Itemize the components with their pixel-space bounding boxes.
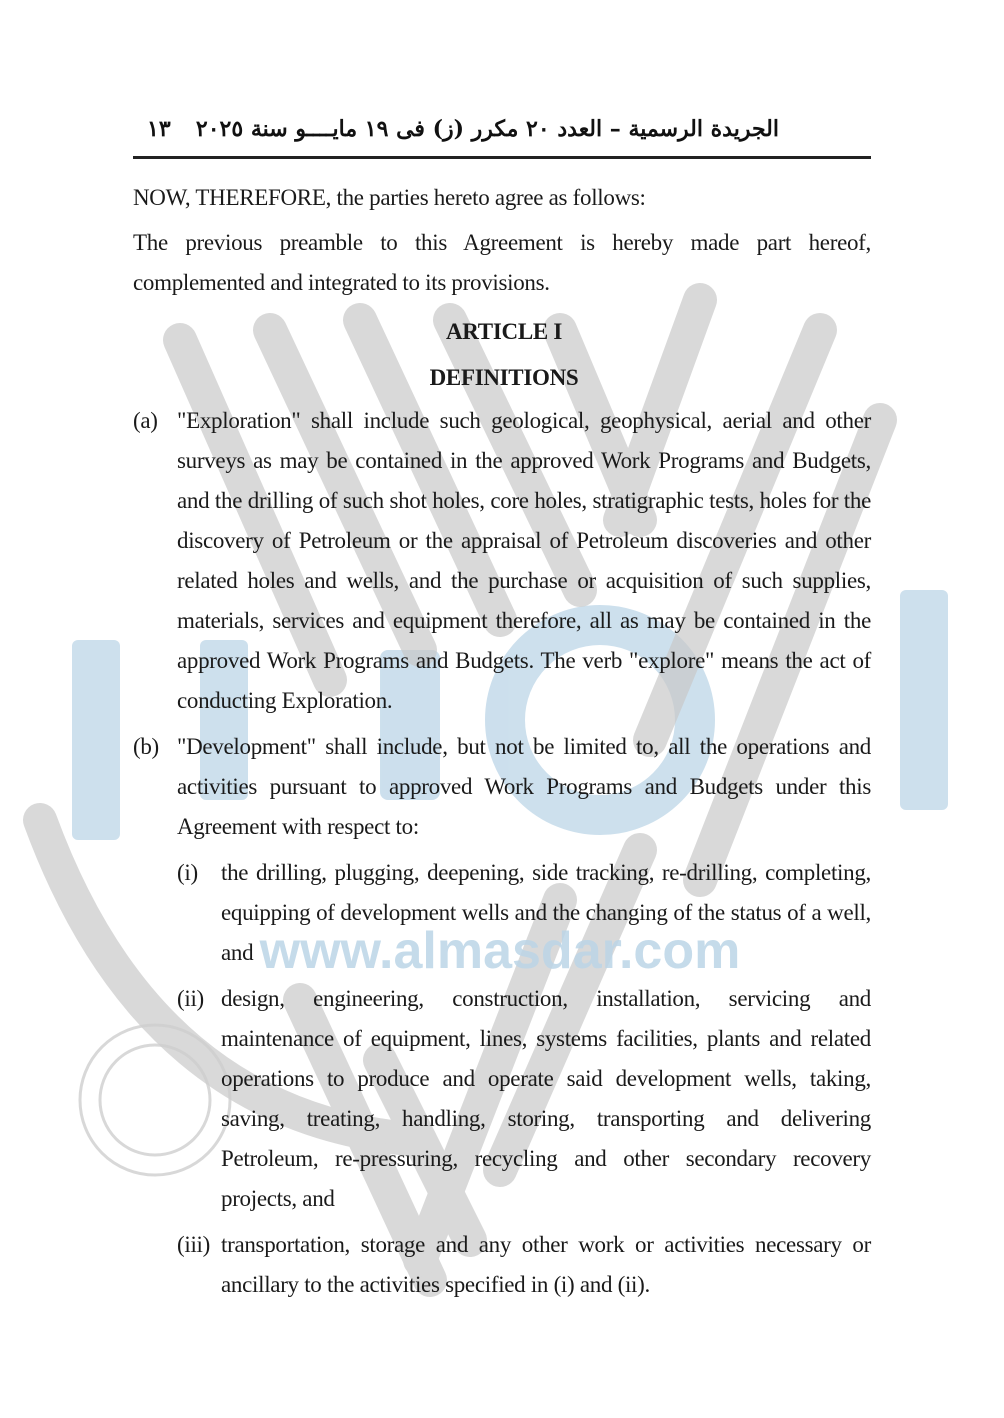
definition-exploration: (a) "Exploration" shall include such geo…	[133, 401, 871, 721]
sub-item-text: the drilling, plugging, deepening, side …	[221, 853, 871, 973]
development-sub-item-i: (i) the drilling, plugging, deepening, s…	[133, 853, 871, 973]
definition-text: "Exploration" shall include such geologi…	[177, 401, 871, 721]
definition-development: (b) "Development" shall include, but not…	[133, 727, 871, 847]
page-header: الجريدة الرسمية – العدد ٢٠ مكرر (ز) فى ١…	[133, 112, 871, 152]
sub-item-label: (iii)	[177, 1225, 210, 1265]
document-body: NOW, THEREFORE, the parties hereto agree…	[133, 178, 871, 1311]
sub-item-text: design, engineering, construction, insta…	[221, 979, 871, 1219]
definition-label: (a)	[133, 401, 158, 441]
page-number: ١٣	[147, 116, 171, 142]
development-sub-item-iii: (iii) transportation, storage and any ot…	[133, 1225, 871, 1305]
preamble-paragraph: The previous preamble to this Agreement …	[133, 223, 871, 303]
definition-text: "Development" shall include, but not be …	[177, 727, 871, 847]
intro-paragraph: NOW, THEREFORE, the parties hereto agree…	[133, 178, 871, 218]
gazette-title: الجريدة الرسمية – العدد ٢٠ مكرر (ز) فى ١…	[196, 116, 779, 142]
article-title: DEFINITIONS	[133, 355, 871, 401]
sub-item-text: transportation, storage and any other wo…	[221, 1225, 871, 1305]
definition-label: (b)	[133, 727, 159, 767]
article-heading: ARTICLE I	[133, 309, 871, 355]
header-divider	[133, 156, 871, 159]
sub-item-label: (i)	[177, 853, 198, 893]
sub-item-label: (ii)	[177, 979, 204, 1019]
development-sub-item-ii: (ii) design, engineering, construction, …	[133, 979, 871, 1219]
